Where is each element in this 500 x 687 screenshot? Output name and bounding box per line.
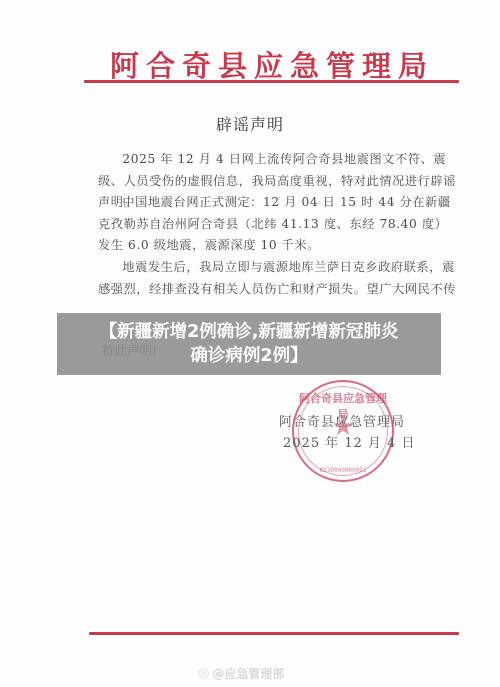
headline-overlay-banner: 【新疆新增2例确诊,新疆新增新冠肺炎 确诊病例2例】	[57, 313, 441, 375]
stamp-code: 6530000000051	[294, 467, 392, 474]
paragraph-2: 中国地震台网正式测定：12 月 04 日 15 时 44 分在新疆克孜勒苏自治州…	[98, 192, 460, 257]
weibo-watermark: ◎ @应急管理部	[198, 664, 284, 682]
weibo-icon: ◎	[198, 666, 209, 681]
footer-divider	[89, 632, 459, 635]
paragraph-3: 地震发生后，我局立即与震源地库兰萨日克乡政府联系，震感强烈，经排查没有相关人员伤…	[98, 257, 460, 300]
headline-line-1: 【新疆新增2例确诊,新疆新增新冠肺炎	[100, 320, 399, 344]
watermark-text: @应急管理部	[212, 665, 284, 682]
headline-line-2: 确诊病例2例】	[190, 344, 307, 368]
signature-date: 2025 年 12 月 4 日	[283, 432, 416, 451]
document-page: 阿合奇县应急管理局 辟谣声明 2025 年 12 月 4 日网上流传阿合奇县地震…	[0, 0, 500, 687]
official-seal-stamp: 阿合奇县应急管理局 ★ 6530000000051	[292, 380, 394, 482]
document-title: 辟谣声明	[0, 112, 500, 135]
signature-organization: 阿合奇县应急管理局	[279, 411, 405, 430]
masthead-divider	[84, 80, 459, 83]
masthead-title: 阿合奇县应急管理局	[100, 44, 444, 85]
